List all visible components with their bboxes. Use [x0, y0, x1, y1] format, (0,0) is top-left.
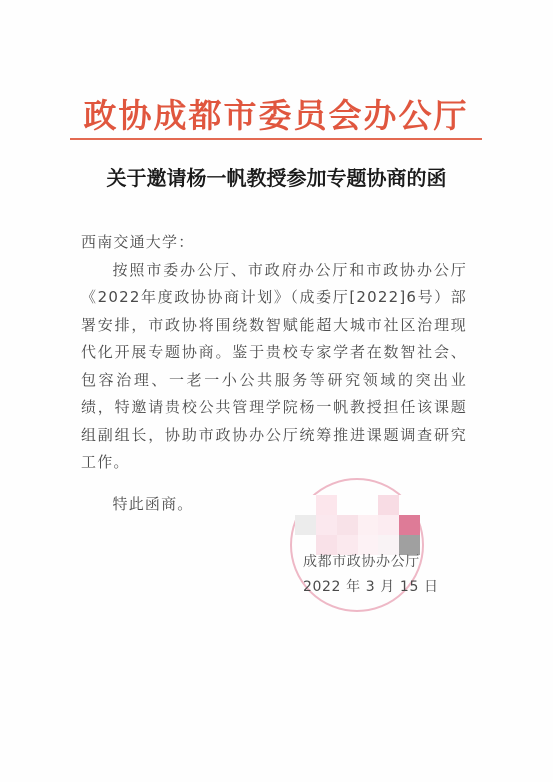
mosaic-cell [358, 495, 379, 515]
issue-date: 2022 年 3 月 15 日 [303, 575, 443, 600]
mosaic-cell [295, 515, 316, 535]
letter-title: 关于邀请杨一帆教授参加专题协商的函 [60, 165, 493, 191]
mosaic-cell [316, 495, 337, 515]
mosaic-cell [358, 515, 379, 535]
mosaic-cell [337, 495, 358, 515]
mosaic-cell [378, 515, 399, 535]
letter-page: 政协成都市委员会办公厅 关于邀请杨一帆教授参加专题协商的函 西南交通大学： 按照… [0, 0, 553, 782]
salutation: 西南交通大学： [81, 229, 467, 257]
letter-body: 西南交通大学： 按照市委办公厅、市政府办公厅和市政协办公厅《2022年度政协协商… [81, 229, 467, 518]
mosaic-cell [378, 495, 399, 515]
signature-block: 成都市政协办公厅 2022 年 3 月 15 日 [303, 550, 443, 600]
mosaic-cell [399, 495, 420, 515]
seal-redaction-mosaic [295, 495, 420, 555]
mosaic-cell [399, 515, 420, 535]
issuer-name: 成都市政协办公厅 [303, 550, 443, 575]
issuing-organization-header: 政协成都市委员会办公厅 [70, 96, 482, 136]
body-paragraph: 按照市委办公厅、市政府办公厅和市政协办公厅《2022年度政协协商计划》（成委厅[… [81, 257, 467, 477]
mosaic-cell [337, 515, 358, 535]
red-header-rule [70, 138, 482, 140]
mosaic-cell [295, 495, 316, 515]
mosaic-cell [316, 515, 337, 535]
